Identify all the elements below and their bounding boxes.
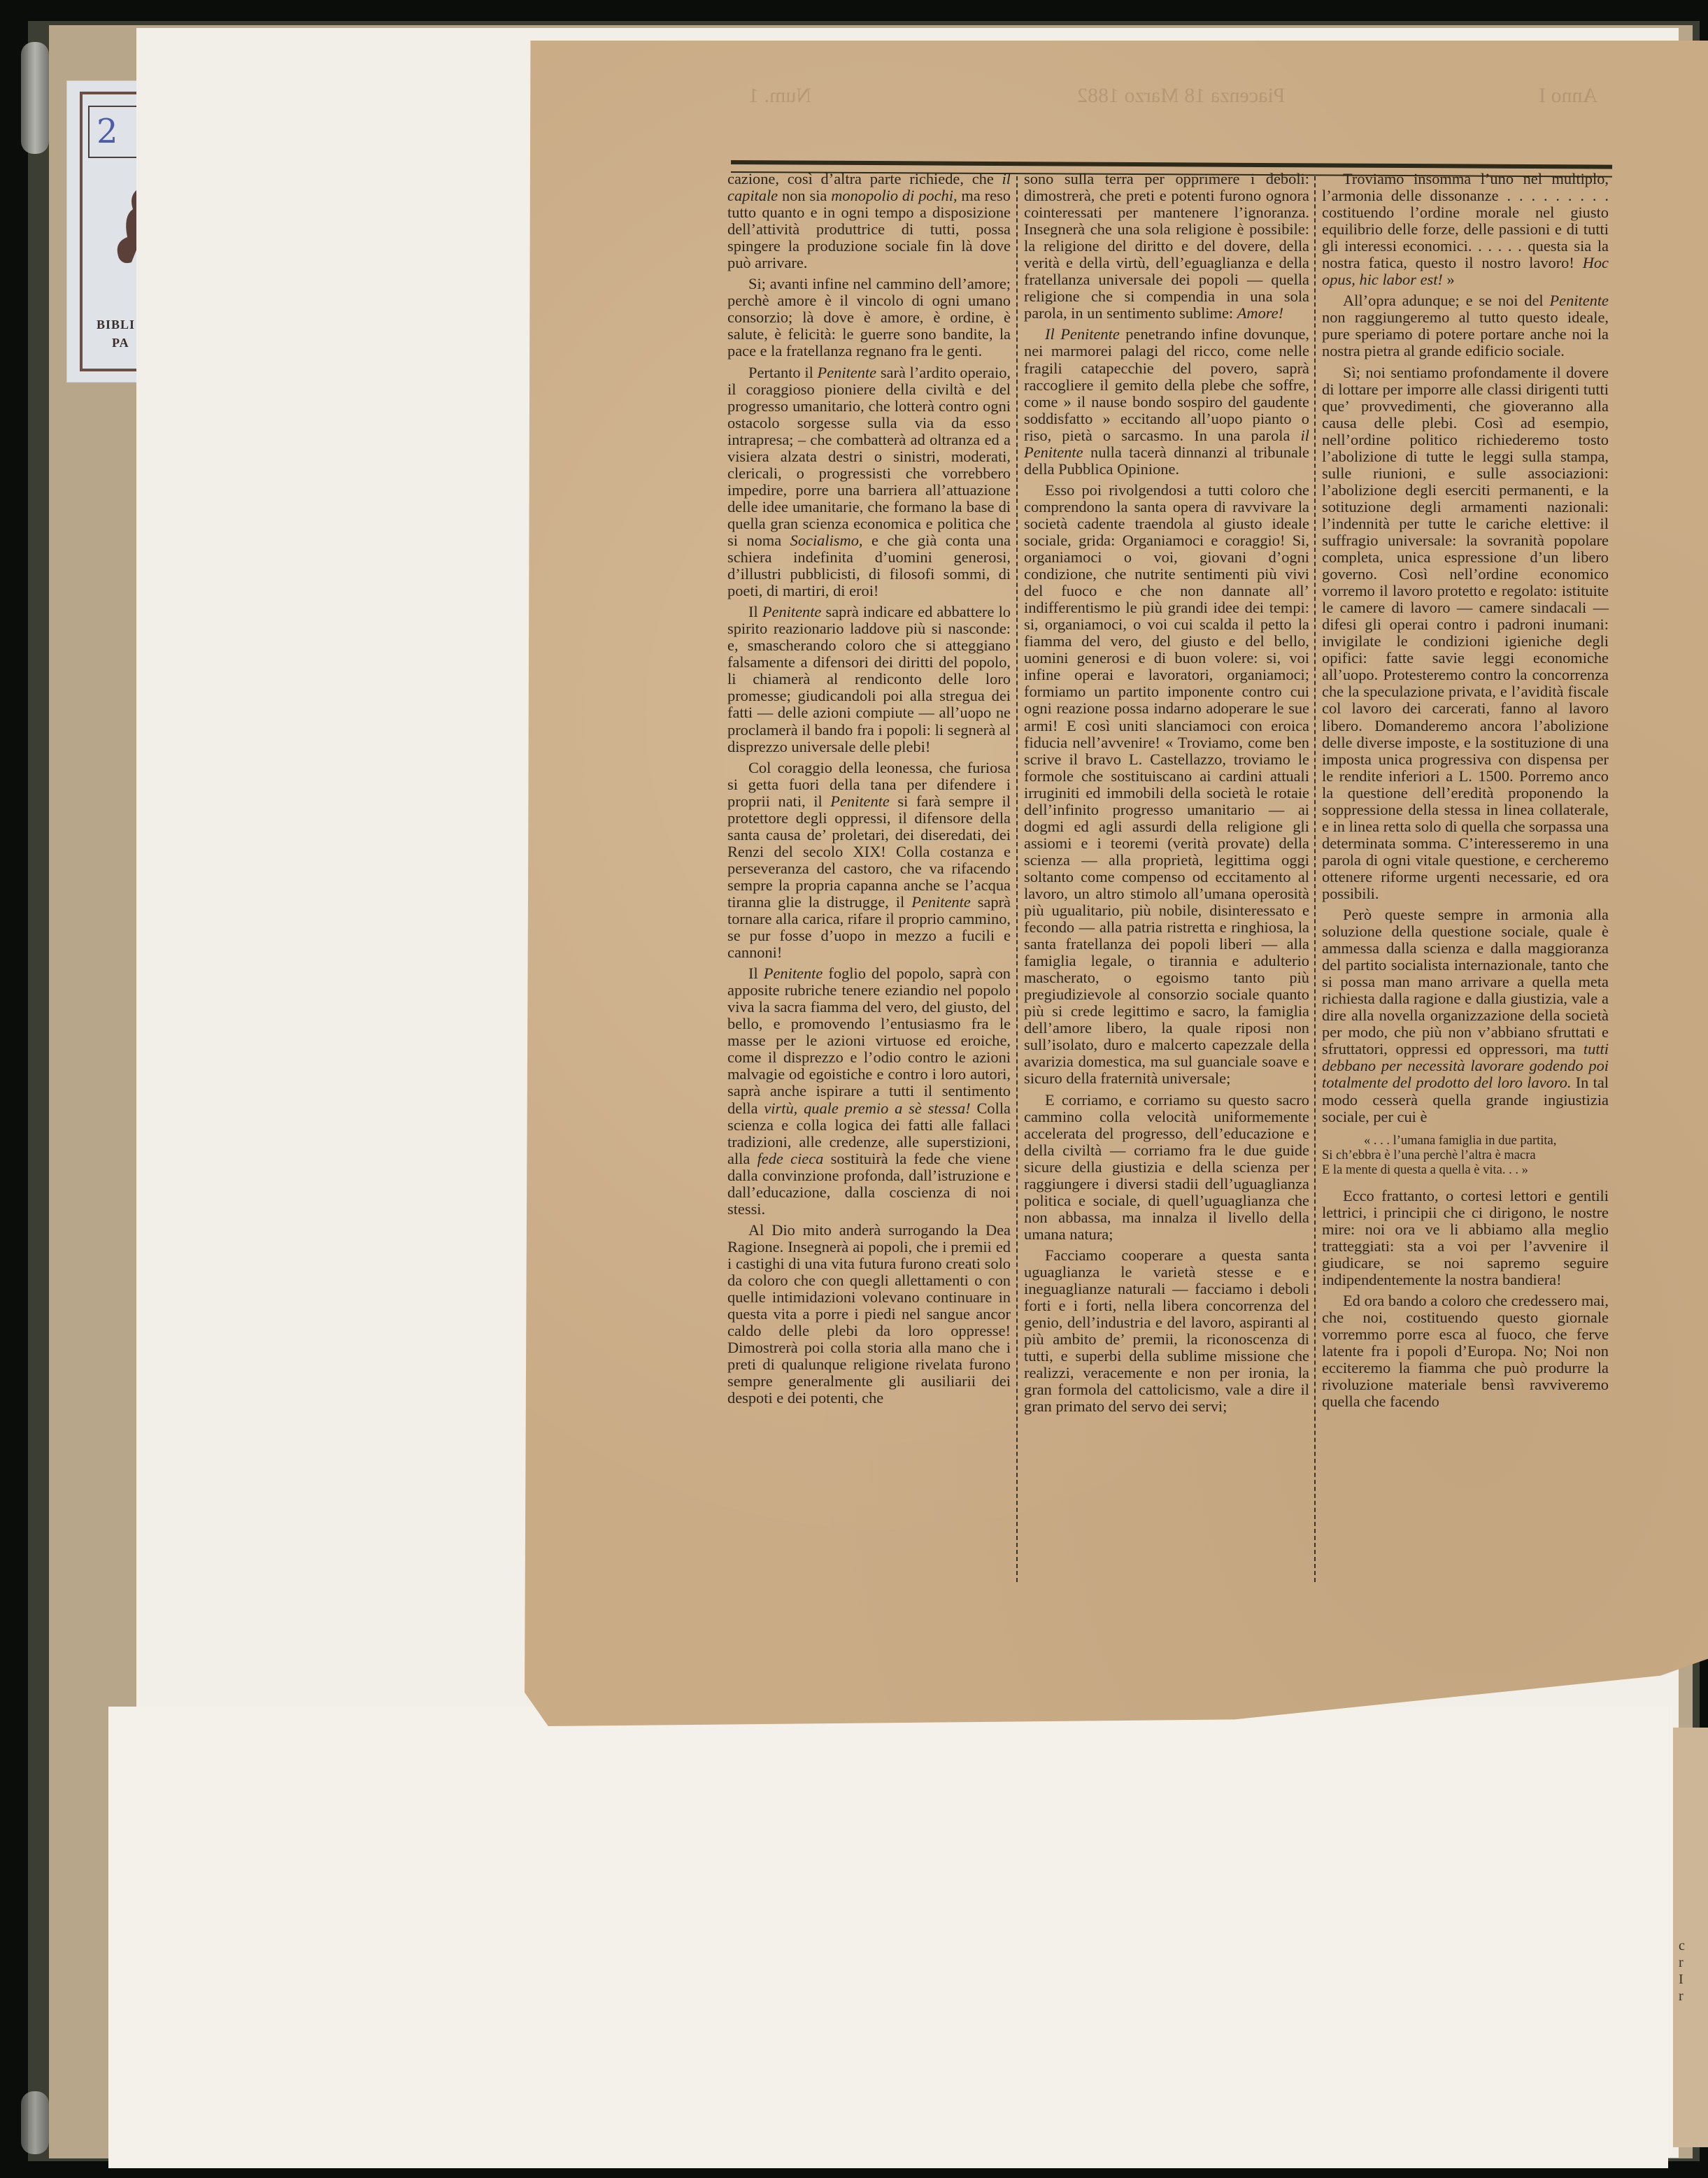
underlying-page-strip: crIr: [1673, 1728, 1708, 2147]
verse-line: Si ch’ebbra è l’una perchè l’altra è mac…: [1322, 1148, 1609, 1163]
lower-white-sheet: [108, 1707, 1668, 2168]
header-show-through-right: Num. 1: [748, 84, 811, 108]
header-show-through-center: Piacenza 18 Marzo 1882: [1077, 84, 1285, 108]
paragraph: Al Dio mito anderà surrogando la Dea Rag…: [727, 1222, 1011, 1407]
shelf-number: 2: [88, 106, 144, 158]
metal-clip-bottom: [21, 2091, 49, 2154]
paragraph: Sì; noi sentiamo profondamente il dovere…: [1322, 364, 1609, 903]
fragment-letter: I: [1679, 1971, 1685, 1988]
article-column-3: Troviamo insomma l’uno nel multiplo, l’a…: [1322, 171, 1609, 1414]
fragment-letter: r: [1679, 1988, 1685, 2005]
library-name: BIBLI PA: [97, 315, 135, 352]
paragraph: cazione, così d’altra parte richiede, ch…: [727, 171, 1011, 271]
paragraph: Col coraggio della leonessa, che furiosa…: [727, 760, 1011, 962]
paragraph: Il Penitente foglio del popolo, saprà co…: [727, 965, 1011, 1218]
paragraph: Il Penitente penetrando infine dovunque,…: [1024, 326, 1309, 477]
paragraph: Ecco frattanto, o cortesi lettori e gent…: [1322, 1188, 1609, 1288]
paragraph: sono sulla terra per opprimere i deboli:…: [1024, 171, 1309, 322]
fragment-letter: c: [1679, 1937, 1685, 1954]
verse-quote: « . . . l’umana famiglia in due partita,…: [1322, 1134, 1609, 1178]
paragraph: Troviamo insomma l’uno nel multiplo, l’a…: [1322, 171, 1609, 288]
paragraph: Però queste sempre in armonia alla soluz…: [1322, 906, 1609, 1125]
verse-line: « . . . l’umana famiglia in due partita,: [1322, 1134, 1609, 1148]
article-column-1: cazione, così d’altra parte richiede, ch…: [727, 171, 1011, 1411]
paragraph: E corriamo, e corriamo su questo sacro c…: [1024, 1092, 1309, 1243]
paragraph: Il Penitente saprà indicare ed abbattere…: [727, 604, 1011, 755]
column-rule-1: [1016, 176, 1018, 1582]
paragraph: Esso poi rivolgendosi a tutti coloro che…: [1024, 482, 1309, 1088]
paragraph: Si; avanti infine nel cammino dell’amore…: [727, 276, 1011, 360]
underlying-page-text: crIr: [1679, 1937, 1685, 2005]
paragraph: All’opra adunque; e se noi del Penitente…: [1322, 292, 1609, 360]
verse-line: E la mente di questa a quella è vita. . …: [1322, 1163, 1609, 1178]
fragment-letter: r: [1679, 1954, 1685, 1971]
header-show-through-left: Anno I: [1539, 84, 1597, 108]
column-rule-2: [1314, 176, 1316, 1582]
paragraph: Ed ora bando a coloro che credessero mai…: [1322, 1293, 1609, 1410]
paragraph: Facciamo cooperare a questa santa uguagl…: [1024, 1247, 1309, 1415]
article-column-2: sono sulla terra per opprimere i deboli:…: [1024, 171, 1309, 1419]
metal-clip-top: [21, 42, 49, 154]
paragraph: Pertanto il Penitente sarà l’ardito oper…: [727, 364, 1011, 600]
